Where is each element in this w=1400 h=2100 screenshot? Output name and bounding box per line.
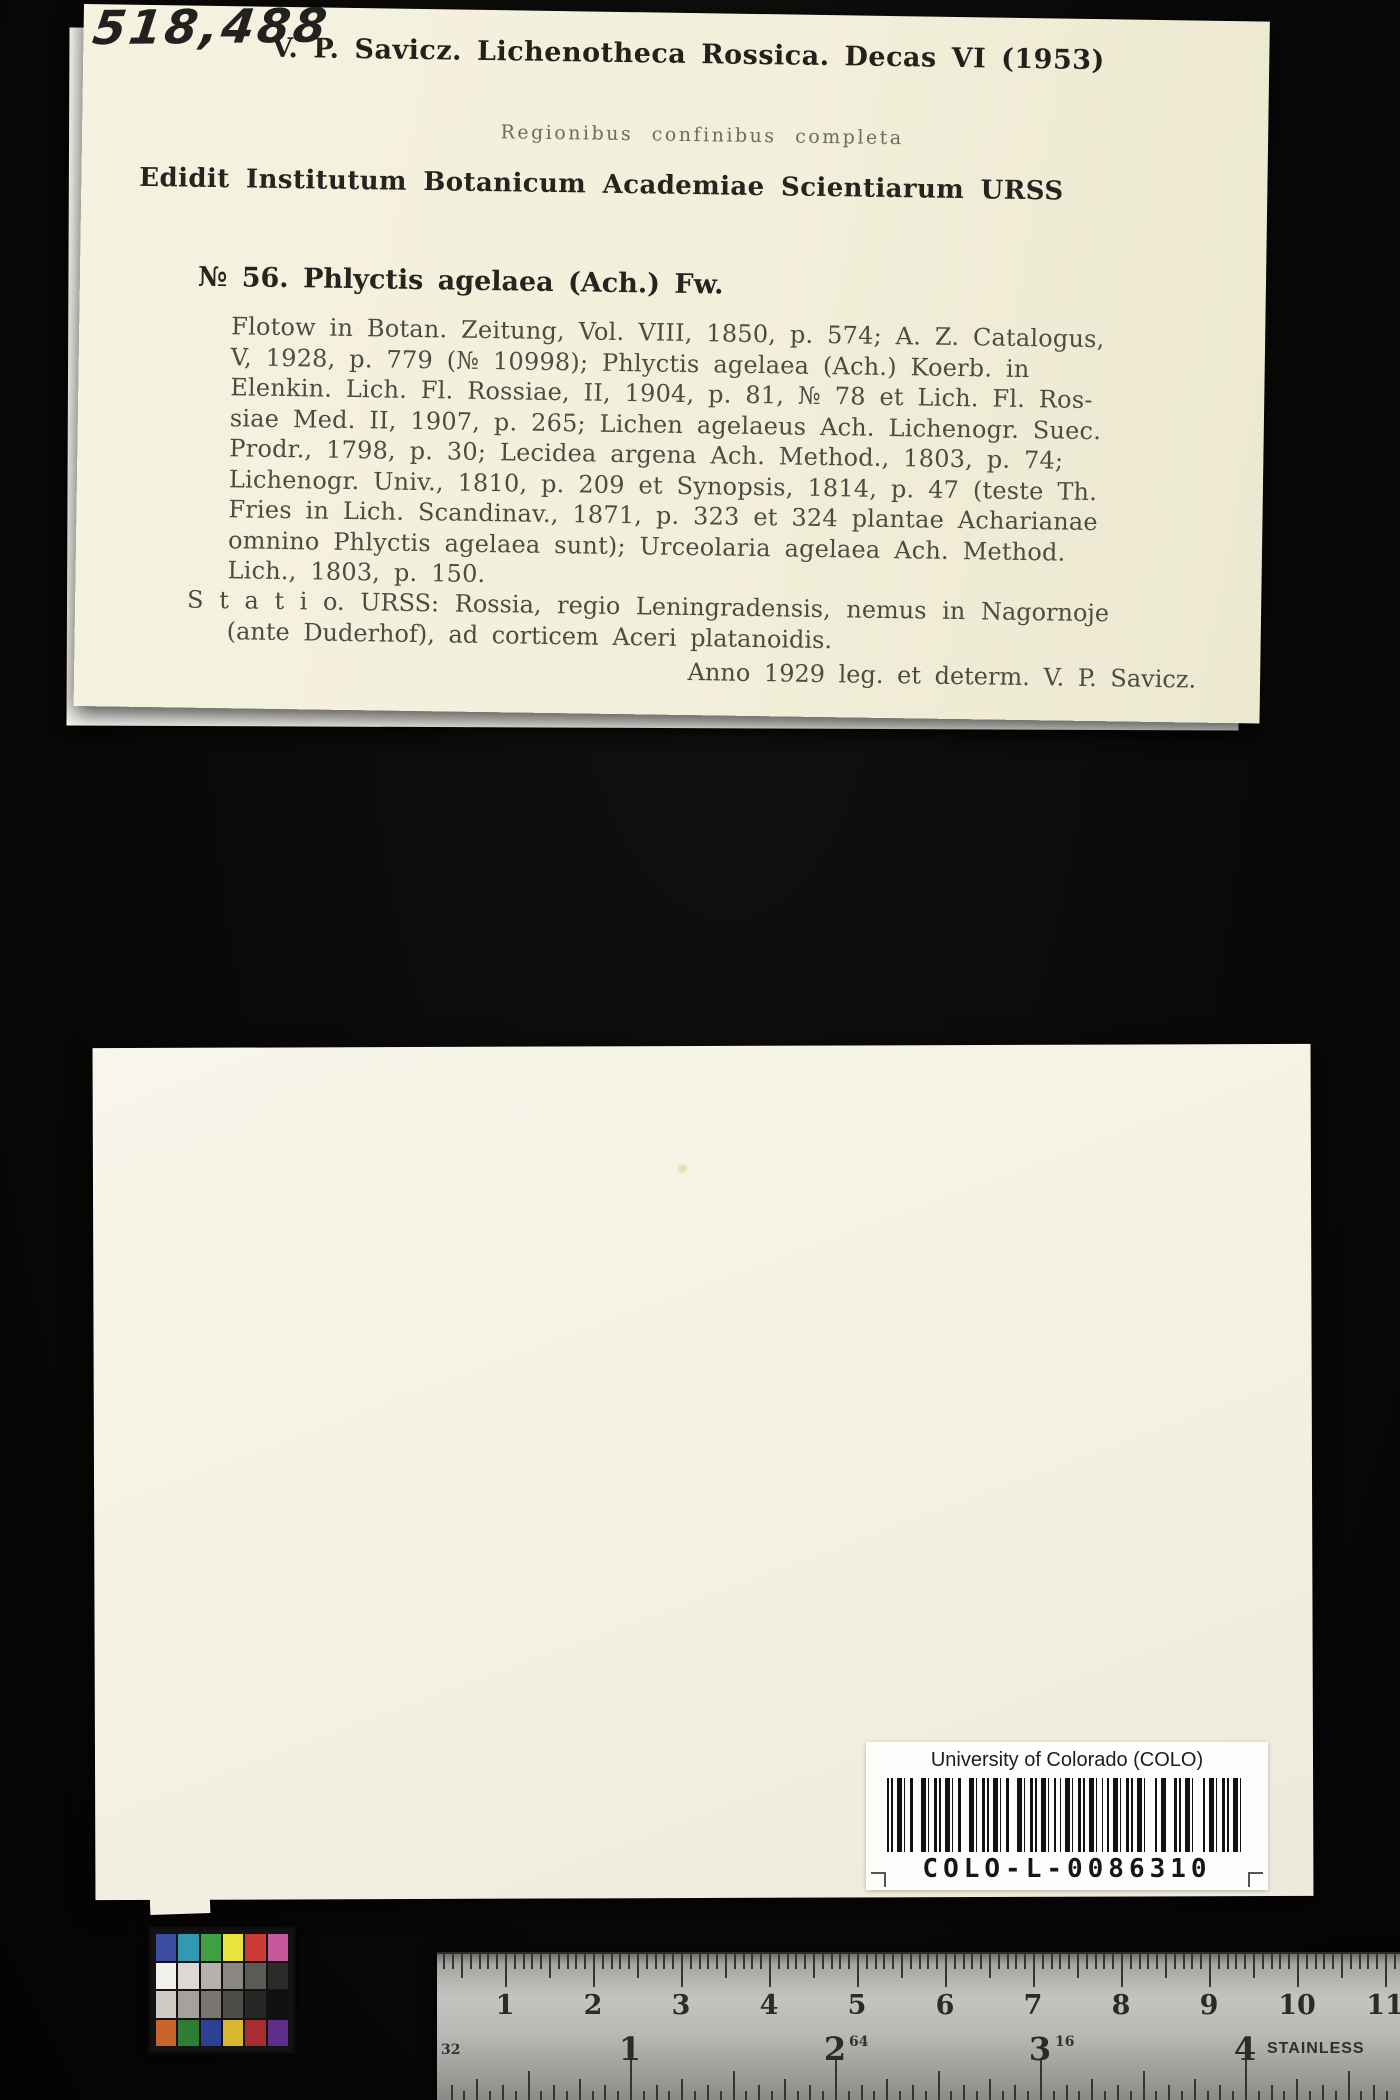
ruler-tick [567, 1954, 569, 1969]
ruler-number: 5 [848, 1990, 867, 2021]
ruler-tick [1139, 1954, 1141, 1969]
ruler-tick [1002, 2091, 1004, 2100]
ruler-tick [558, 1954, 560, 1969]
ruler-tick [733, 2071, 735, 2100]
barcode-label: University of Colorado (COLO) COLO-L-008… [866, 1742, 1268, 1890]
ruler-tick [1232, 2091, 1234, 2100]
ruler-tick [936, 1954, 938, 1969]
ruler-tick [892, 1954, 894, 1969]
ruler-tick [927, 1954, 929, 1969]
color-chip [223, 1934, 243, 1961]
ruler-tick [1194, 2079, 1196, 2100]
ruler-tick [681, 2079, 683, 2100]
ruler-tick [496, 1954, 498, 1969]
ruler-tick [758, 2085, 760, 2100]
ruler-tick [1244, 1954, 1246, 1969]
ruler-tick [487, 1954, 489, 1969]
ruler-tick [1296, 2079, 1298, 2100]
ruler-tick [945, 1954, 947, 1987]
ruler-tick [1297, 1954, 1299, 1987]
color-chip [201, 1991, 221, 2018]
ruler-tick [795, 1954, 797, 1969]
ruler-tick [1253, 1954, 1255, 1978]
ruler-tick [989, 1954, 991, 1978]
barcode-number: COLO-L-0086310 [866, 1854, 1268, 1884]
ruler-tick [1068, 1954, 1070, 1969]
ruler-tick [1027, 2091, 1029, 2100]
ruler-tick [1258, 2091, 1260, 2100]
ruler-tick [1155, 2091, 1157, 2100]
ruler-tick [797, 2091, 799, 2100]
ruler-tick [1033, 1954, 1035, 1987]
ruler-tick [1007, 1954, 1009, 1969]
ruler-tick [1191, 1954, 1193, 1969]
ruler-tick [549, 1954, 551, 1978]
ruler-tick [1235, 1954, 1237, 1969]
corner-mark-icon [1248, 1872, 1263, 1887]
ruler-tick [848, 1954, 850, 1969]
color-chip [268, 1934, 288, 1961]
ruler-tick [628, 1954, 630, 1969]
color-chip [178, 1934, 198, 1961]
ruler-tick [515, 2091, 517, 2100]
ruler-tick [1042, 1954, 1044, 1969]
ruler-tick [848, 2091, 850, 2100]
ruler-tick [1209, 1954, 1211, 1987]
ruler-tick [602, 1954, 604, 1969]
corner-mark-icon [871, 1872, 886, 1887]
ruler-tick [954, 1954, 956, 1969]
color-chip [201, 1934, 221, 1961]
ruler-tick [976, 2091, 978, 2100]
ruler-tick [1376, 1954, 1378, 1969]
ruler-tick [1306, 1954, 1308, 1969]
ruler-tick [1165, 1954, 1167, 1978]
ruler-number: 3 [1029, 2030, 1051, 2068]
ruler-tick [479, 1954, 481, 1969]
ruler-tick [1156, 1954, 1158, 1969]
ruler-brand-label: STAINLESS [1267, 2040, 1365, 2058]
ruler-tick [912, 2085, 914, 2100]
ruler-tick [778, 1954, 780, 1969]
ruler-tick [643, 2091, 645, 2100]
ruler-tick [919, 1954, 921, 1969]
ruler-tick [1394, 1954, 1396, 1969]
ruler-number: 2 [584, 1990, 603, 2021]
determination-line: Anno 1929 leg. et determ. V. P. Savicz. [74, 649, 1196, 694]
ruler-tick [1024, 1954, 1026, 1969]
ruler-tick [857, 1954, 859, 1987]
color-chip [201, 1963, 221, 1990]
ruler-tick [1219, 2085, 1221, 2100]
ruler-tick [1174, 1954, 1176, 1969]
species-heading: № 56. Phlyctis agelaea (Ach.) Fw. [198, 262, 724, 301]
ruler-tick [745, 2091, 747, 2100]
ruler-tick [989, 2079, 991, 2100]
ruler-tick [443, 1954, 445, 1969]
ruler-tick [1095, 1954, 1097, 1969]
ruler-number: 1 [619, 2030, 641, 2068]
ruler-tick [963, 1954, 965, 1969]
ruler-tick [809, 2085, 811, 2100]
color-chip [223, 1991, 243, 2018]
ruler-tick [575, 1954, 577, 1969]
color-chip [268, 1963, 288, 1990]
ruler-tick [963, 2085, 965, 2100]
ruler-tick [619, 1954, 621, 1969]
ruler-number: 4 [1234, 2030, 1256, 2068]
color-chip [156, 1963, 176, 1990]
ruler-tick [873, 2091, 875, 2100]
ruler-number: 10 [1278, 1990, 1316, 2021]
ruler-tick [1373, 2085, 1375, 2100]
packet-stain [678, 1164, 687, 1173]
ruler-number: 11 [1366, 1990, 1400, 2021]
color-calibration-target [148, 1926, 296, 2054]
ruler-tick [784, 2079, 786, 2100]
ruler-tick [1066, 2085, 1068, 2100]
ruler-tick [1014, 2085, 1016, 2100]
ruler-tick [707, 2085, 709, 2100]
ruler-tick [1350, 1954, 1352, 1969]
ruler-tick [1059, 1954, 1061, 1969]
ruler-tick [1051, 1954, 1053, 1969]
ruler-tick [1077, 1954, 1079, 1978]
ruler-tick [1332, 1954, 1334, 1969]
ruler-tick [470, 1954, 472, 1969]
ruler-tick [451, 2085, 453, 2100]
ruler-tick [1385, 1954, 1387, 1987]
ruler-tick [1091, 2079, 1093, 2100]
packet-corner-sheet [150, 1891, 211, 1915]
ruler-tick [1207, 2091, 1209, 2100]
color-chip [268, 2020, 288, 2047]
ruler-fraction-label: 16 [1055, 2034, 1074, 2050]
exsiccata-title: V. P. Savicz. Lichenotheca Rossica. Deca… [123, 31, 1253, 79]
ruler-tick [1130, 1954, 1132, 1969]
ruler-tick [699, 1954, 701, 1969]
ruler-tick [593, 1954, 595, 1987]
ruler-tick [1227, 1954, 1229, 1969]
ruler-tick [592, 2091, 594, 2100]
ruler-tick [1348, 2071, 1350, 2100]
ruler-tick [866, 1954, 868, 1969]
ruler-tick [720, 2091, 722, 2100]
color-chip [156, 2020, 176, 2047]
exsiccata-subtitle: Regionibus confinibus completa [382, 119, 1022, 150]
ruler-tick [1279, 1954, 1281, 1969]
ruler-tick [1200, 1954, 1202, 1969]
publisher-line: Edidit Institutum Botanicum Academiae Sc… [81, 162, 1121, 207]
ruler-tick [1053, 2091, 1055, 2100]
ruler-tick [523, 1954, 525, 1969]
ruler-tick [1117, 2085, 1119, 2100]
ruler-tick [1112, 1954, 1114, 1969]
statio-line-2: (ante Duderhof), ad corticem Aceri plata… [227, 617, 833, 654]
ruler-number: 1 [496, 1990, 515, 2021]
ruler-tick [1218, 1954, 1220, 1969]
ruler-tick [528, 2071, 530, 2100]
ruler-tick [875, 1954, 877, 1969]
ruler-tick [831, 1954, 833, 1969]
ruler-tick [1086, 1954, 1088, 1969]
ruler-tick [514, 1954, 516, 1969]
ruler-tick [760, 1954, 762, 1969]
color-chip [178, 1963, 198, 1990]
ruler-tick [611, 1954, 613, 1969]
ruler-tick [883, 1954, 885, 1969]
ruler-tick [901, 1954, 903, 1978]
ruler-tick [1315, 1954, 1317, 1969]
ruler-tick [604, 2085, 606, 2100]
ruler-tick [1103, 1954, 1105, 1969]
ruler-tick [656, 2085, 658, 2100]
color-chip [245, 1934, 265, 1961]
ruler-tick [707, 1954, 709, 1969]
ruler-tick [584, 1954, 586, 1969]
ruler-tick [476, 2079, 478, 2100]
ruler-tick [540, 2091, 542, 2100]
ruler-tick [804, 1954, 806, 1969]
ruler-tick [822, 1954, 824, 1969]
color-chip [245, 2020, 265, 2047]
color-chip [156, 1991, 176, 2018]
ruler-tick [531, 1954, 533, 1969]
ruler-tick [1147, 1954, 1149, 1969]
ruler-tick [1015, 1954, 1017, 1969]
ruler-tick [1360, 2091, 1362, 2100]
ruler-tick [1386, 2091, 1388, 2100]
ruler-tick [646, 1954, 648, 1969]
ruler-tick [787, 1954, 789, 1969]
ruler-tick [617, 2091, 619, 2100]
ruler-tick [998, 1954, 1000, 1969]
ruler-tick [1168, 2085, 1170, 2100]
ruler-number: 9 [1200, 1990, 1219, 2021]
color-chip [245, 1963, 265, 1990]
ruler-tick [1288, 1954, 1290, 1969]
ruler-tick [663, 1954, 665, 1969]
ruler-tick [452, 1954, 454, 1969]
ruler-tick [1335, 2091, 1337, 2100]
ruler-tick [886, 2079, 888, 2100]
ruler-tick [1143, 2071, 1145, 2100]
ruler-tick [1283, 2091, 1285, 2100]
ruler-number: 3 [672, 1990, 691, 2021]
ruler-tick [1121, 1954, 1123, 1987]
ruler-number: 6 [936, 1990, 955, 2021]
ruler: 32 64 16 STAINLESS 12345678910111234 [437, 1952, 1400, 2100]
ruler-tick [899, 2091, 901, 2100]
ruler-number: 4 [760, 1990, 779, 2021]
color-chip [223, 2020, 243, 2047]
ruler-tick [971, 1954, 973, 1969]
ruler-tick [716, 1954, 718, 1969]
institution-name: University of Colorado (COLO) [866, 1749, 1268, 1772]
color-chip [201, 2020, 221, 2047]
ruler-tick [566, 2091, 568, 2100]
ruler-tick [1104, 2091, 1106, 2100]
ruler-tick [1181, 2091, 1183, 2100]
ruler-tick [771, 2091, 773, 2100]
ruler-tick [822, 2091, 824, 2100]
ruler-number: 2 [824, 2030, 846, 2068]
ruler-tick [1078, 2091, 1080, 2100]
ruler-tick [925, 2091, 927, 2100]
ruler-tick [463, 2091, 465, 2100]
ruler-tick [769, 1954, 771, 1987]
ruler-tick [839, 1954, 841, 1969]
ruler-tick [668, 2091, 670, 2100]
ruler-tick [1183, 1954, 1185, 1969]
ruler-tick [938, 2071, 940, 2100]
ruler-tick [637, 1954, 639, 1978]
ruler-tick [553, 2085, 555, 2100]
ruler-tick [489, 2091, 491, 2100]
specimen-label-card: 518,488 V. P. Savicz. Lichenotheca Rossi… [74, 4, 1270, 724]
ruler-tick [672, 1954, 674, 1969]
ruler-fraction-label: 32 [441, 2042, 460, 2058]
barcode-icon [886, 1778, 1248, 1852]
ruler-tick [505, 1954, 507, 1987]
ruler-tick [690, 1954, 692, 1969]
ruler-tick [950, 2091, 952, 2100]
ruler-tick [1359, 1954, 1361, 1969]
ruler-tick [734, 1954, 736, 1969]
ruler-tick [1262, 1954, 1264, 1969]
color-chip [178, 2020, 198, 2047]
ruler-tick [861, 2085, 863, 2100]
ruler-tick [980, 1954, 982, 1969]
color-chip [178, 1991, 198, 2018]
ruler-tick [540, 1954, 542, 1969]
ruler-tick [1341, 1954, 1343, 1978]
ruler-tick [1271, 2085, 1273, 2100]
ruler-number: 7 [1024, 1990, 1043, 2021]
ruler-tick [1322, 2085, 1324, 2100]
color-chip [156, 1934, 176, 1961]
ruler-tick [813, 1954, 815, 1978]
ruler-tick [461, 1954, 463, 1978]
ruler-tick [751, 1954, 753, 1969]
ruler-tick [910, 1954, 912, 1969]
ruler-tick [725, 1954, 727, 1978]
ruler-tick [1367, 1954, 1369, 1969]
citation-block: Flotow in Botan. Zeitung, Vol. VIII, 185… [227, 311, 1104, 598]
ruler-tick [681, 1954, 683, 1987]
ruler-tick [743, 1954, 745, 1969]
color-chip [223, 1963, 243, 1990]
ruler-tick [694, 2091, 696, 2100]
color-chip [268, 1991, 288, 2018]
color-target-grid [156, 1934, 288, 2046]
ruler-tick [502, 2085, 504, 2100]
ruler-fraction-label: 64 [849, 2034, 868, 2050]
ruler-tick [579, 2079, 581, 2100]
ruler-number: 8 [1112, 1990, 1131, 2021]
ruler-tick [1271, 1954, 1273, 1969]
ruler-tick [655, 1954, 657, 1969]
ruler-tick [1130, 2091, 1132, 2100]
ruler-tick [1309, 2091, 1311, 2100]
color-chip [245, 1991, 265, 2018]
ruler-tick [1323, 1954, 1325, 1969]
